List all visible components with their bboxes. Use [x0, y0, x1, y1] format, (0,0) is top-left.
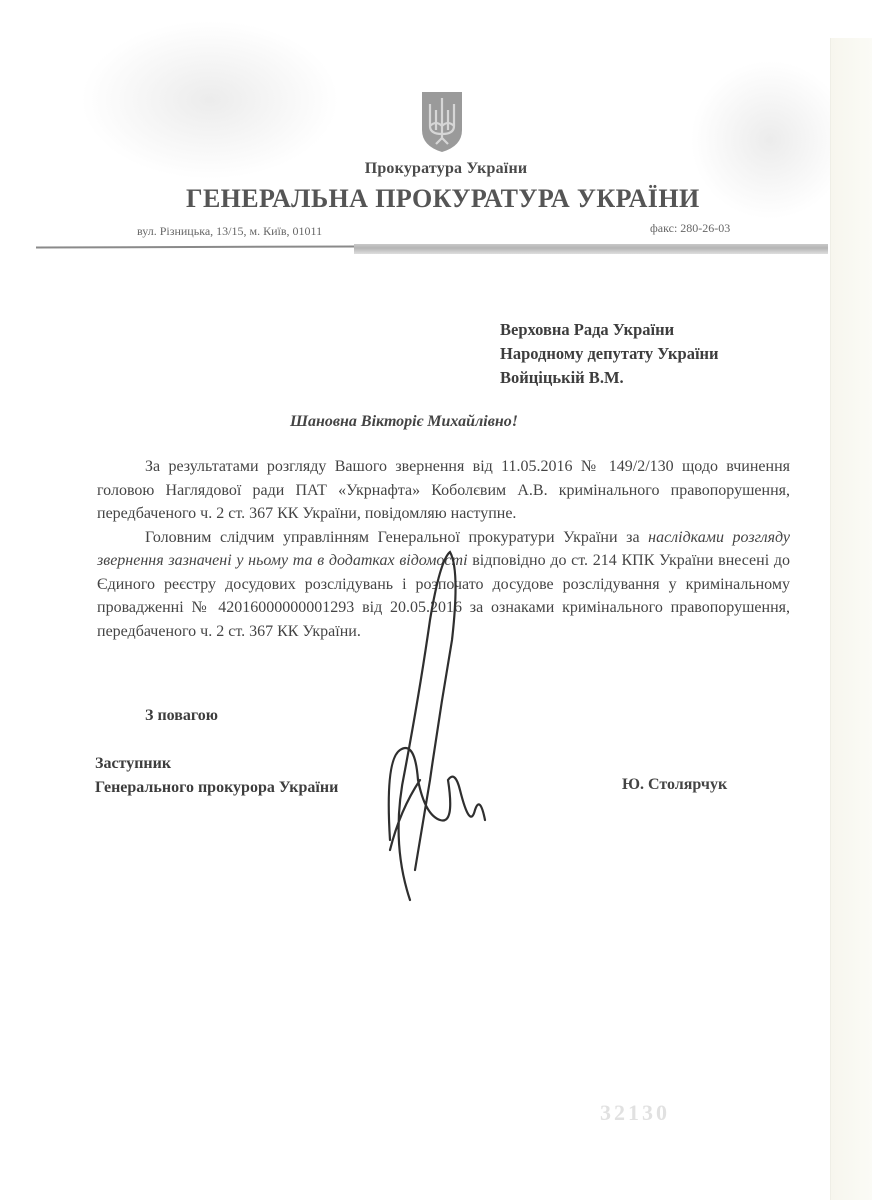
scan-smudge: [690, 60, 850, 220]
salutation: Шановна Вікторіє Михайлівно!: [290, 413, 518, 431]
scan-edge-strip: [830, 38, 872, 1200]
closing-regards: З повагою: [145, 707, 218, 725]
handwritten-signature-icon: [360, 540, 520, 940]
letterhead-rule-shaded: [354, 244, 828, 254]
signatory-title-line-1: Заступник: [95, 752, 338, 776]
recipient-line-1: Верховна Рада України: [500, 318, 719, 342]
org-parent: Прокуратура України: [0, 160, 872, 178]
faded-stamp: 32130: [600, 1100, 770, 1170]
signatory-title-line-2: Генерального прокурора України: [95, 776, 338, 800]
letterhead-rule: [36, 245, 356, 248]
signatory-title: Заступник Генерального прокурора України: [95, 752, 338, 800]
org-name: ГЕНЕРАЛЬНА ПРОКУРАТУРА УКРАЇНИ: [186, 184, 700, 214]
org-fax: факс: 280-26-03: [650, 221, 730, 236]
org-address: вул. Різницька, 13/15, м. Київ, 01011: [137, 224, 322, 239]
recipient-line-3: Войціцькій В.М.: [500, 366, 719, 390]
trident-emblem-icon: [420, 90, 464, 154]
signatory-name: Ю. Столярчук: [622, 776, 727, 794]
letter-page: Прокуратура України ГЕНЕРАЛЬНА ПРОКУРАТУ…: [0, 0, 872, 1200]
recipient-block: Верховна Рада України Народному депутату…: [500, 318, 719, 390]
recipient-line-2: Народному депутату України: [500, 342, 719, 366]
body-paragraph-1: За результатами розгляду Вашого зверненн…: [97, 455, 790, 526]
scan-smudge: [80, 20, 340, 180]
